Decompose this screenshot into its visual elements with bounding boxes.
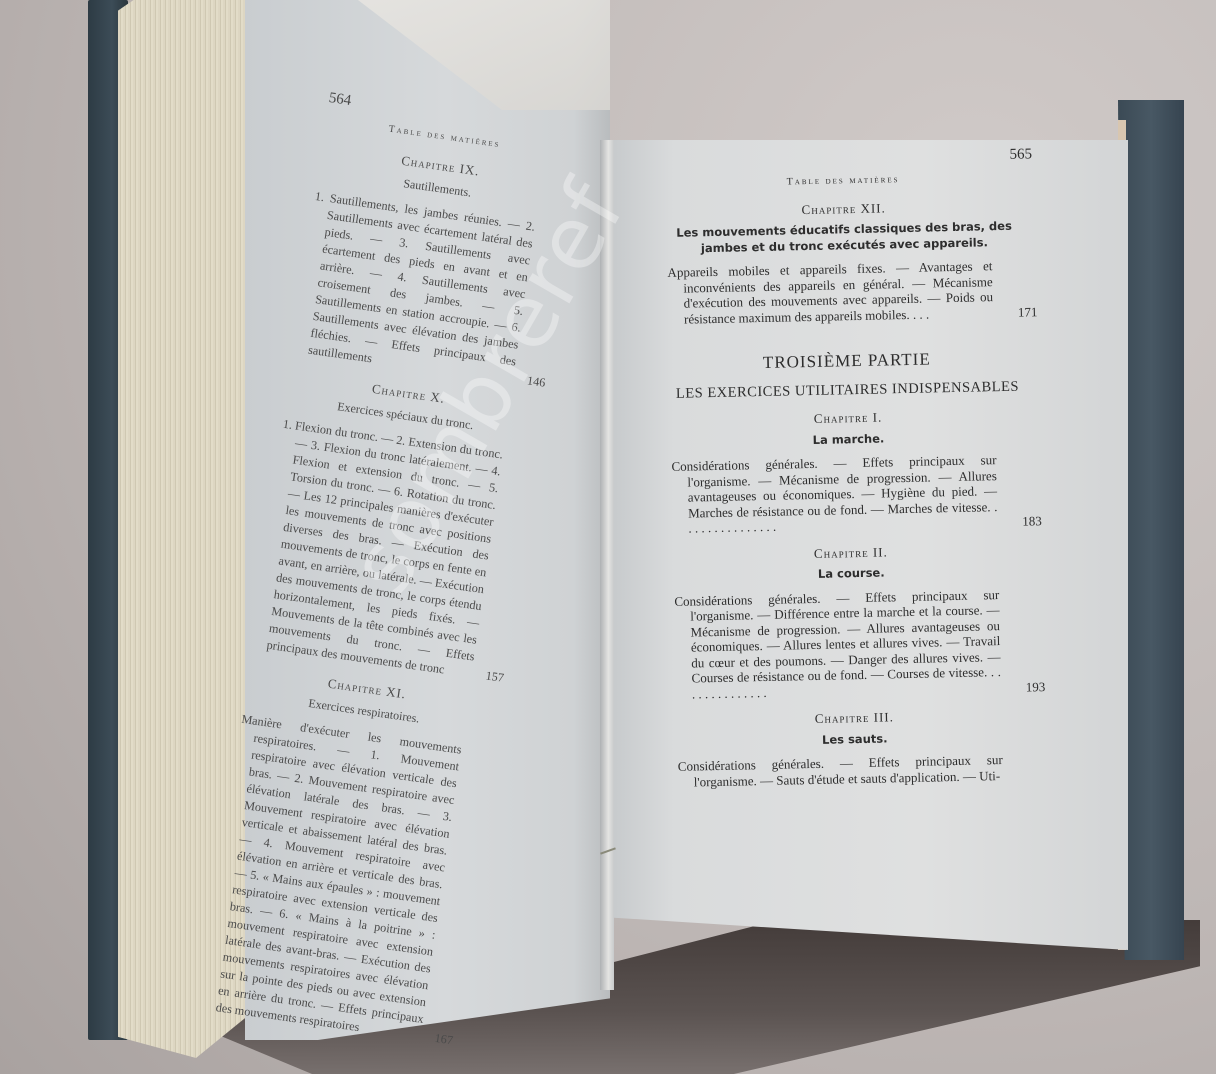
chapter-title: Les sauts. <box>677 728 1032 751</box>
chapter-title: La marche. <box>671 428 1026 451</box>
running-head-right: Table des matières <box>665 170 1020 193</box>
toc-entry: Manière d'exécuter les mouvements respir… <box>200 711 480 1047</box>
toc-entry-text: Considérations générales. — Effets princ… <box>678 752 1003 789</box>
page-number-right: 565 <box>1009 147 1032 163</box>
chapter-title: La course. <box>674 562 1029 585</box>
toc-entry: Considérations générales. — Effets princ… <box>674 586 1031 702</box>
chapter-label: Chapitre XII. <box>666 197 1021 220</box>
toc-entry-text: Appareils mobiles et appareils fixes. — … <box>667 258 993 326</box>
part-subtitle: LES EXERCICES UTILITAIRES INDISPENSABLES <box>670 379 1025 402</box>
toc-entry-text: Considérations générales. — Effets princ… <box>671 452 997 535</box>
chapter-label: Chapitre II. <box>673 541 1028 564</box>
toc-page-number: 183 <box>1038 513 1042 529</box>
chapter-title: Les mouvements éducatifs classiques des … <box>666 219 1022 257</box>
toc-entry-text: Manière d'exécuter les mouvements respir… <box>215 712 463 1034</box>
chapter-label: Chapitre I. <box>670 407 1025 430</box>
part-title: TROISIÈME PARTIE <box>669 350 1024 373</box>
toc-entry: Appareils mobiles et appareils fixes. — … <box>667 258 1023 327</box>
chapter-label: Chapitre III. <box>677 706 1032 729</box>
page-number-left: 564 <box>328 90 353 110</box>
toc-page-number: 171 <box>1033 304 1037 320</box>
right-page-content: 565 Table des matières Chapitre XII. Les… <box>665 148 1033 790</box>
toc-entry-text: Considérations générales. — Effets princ… <box>674 587 1001 701</box>
toc-entry: Considérations générales. — Effets princ… <box>671 451 1028 536</box>
toc-page-number: 193 <box>1041 679 1045 695</box>
